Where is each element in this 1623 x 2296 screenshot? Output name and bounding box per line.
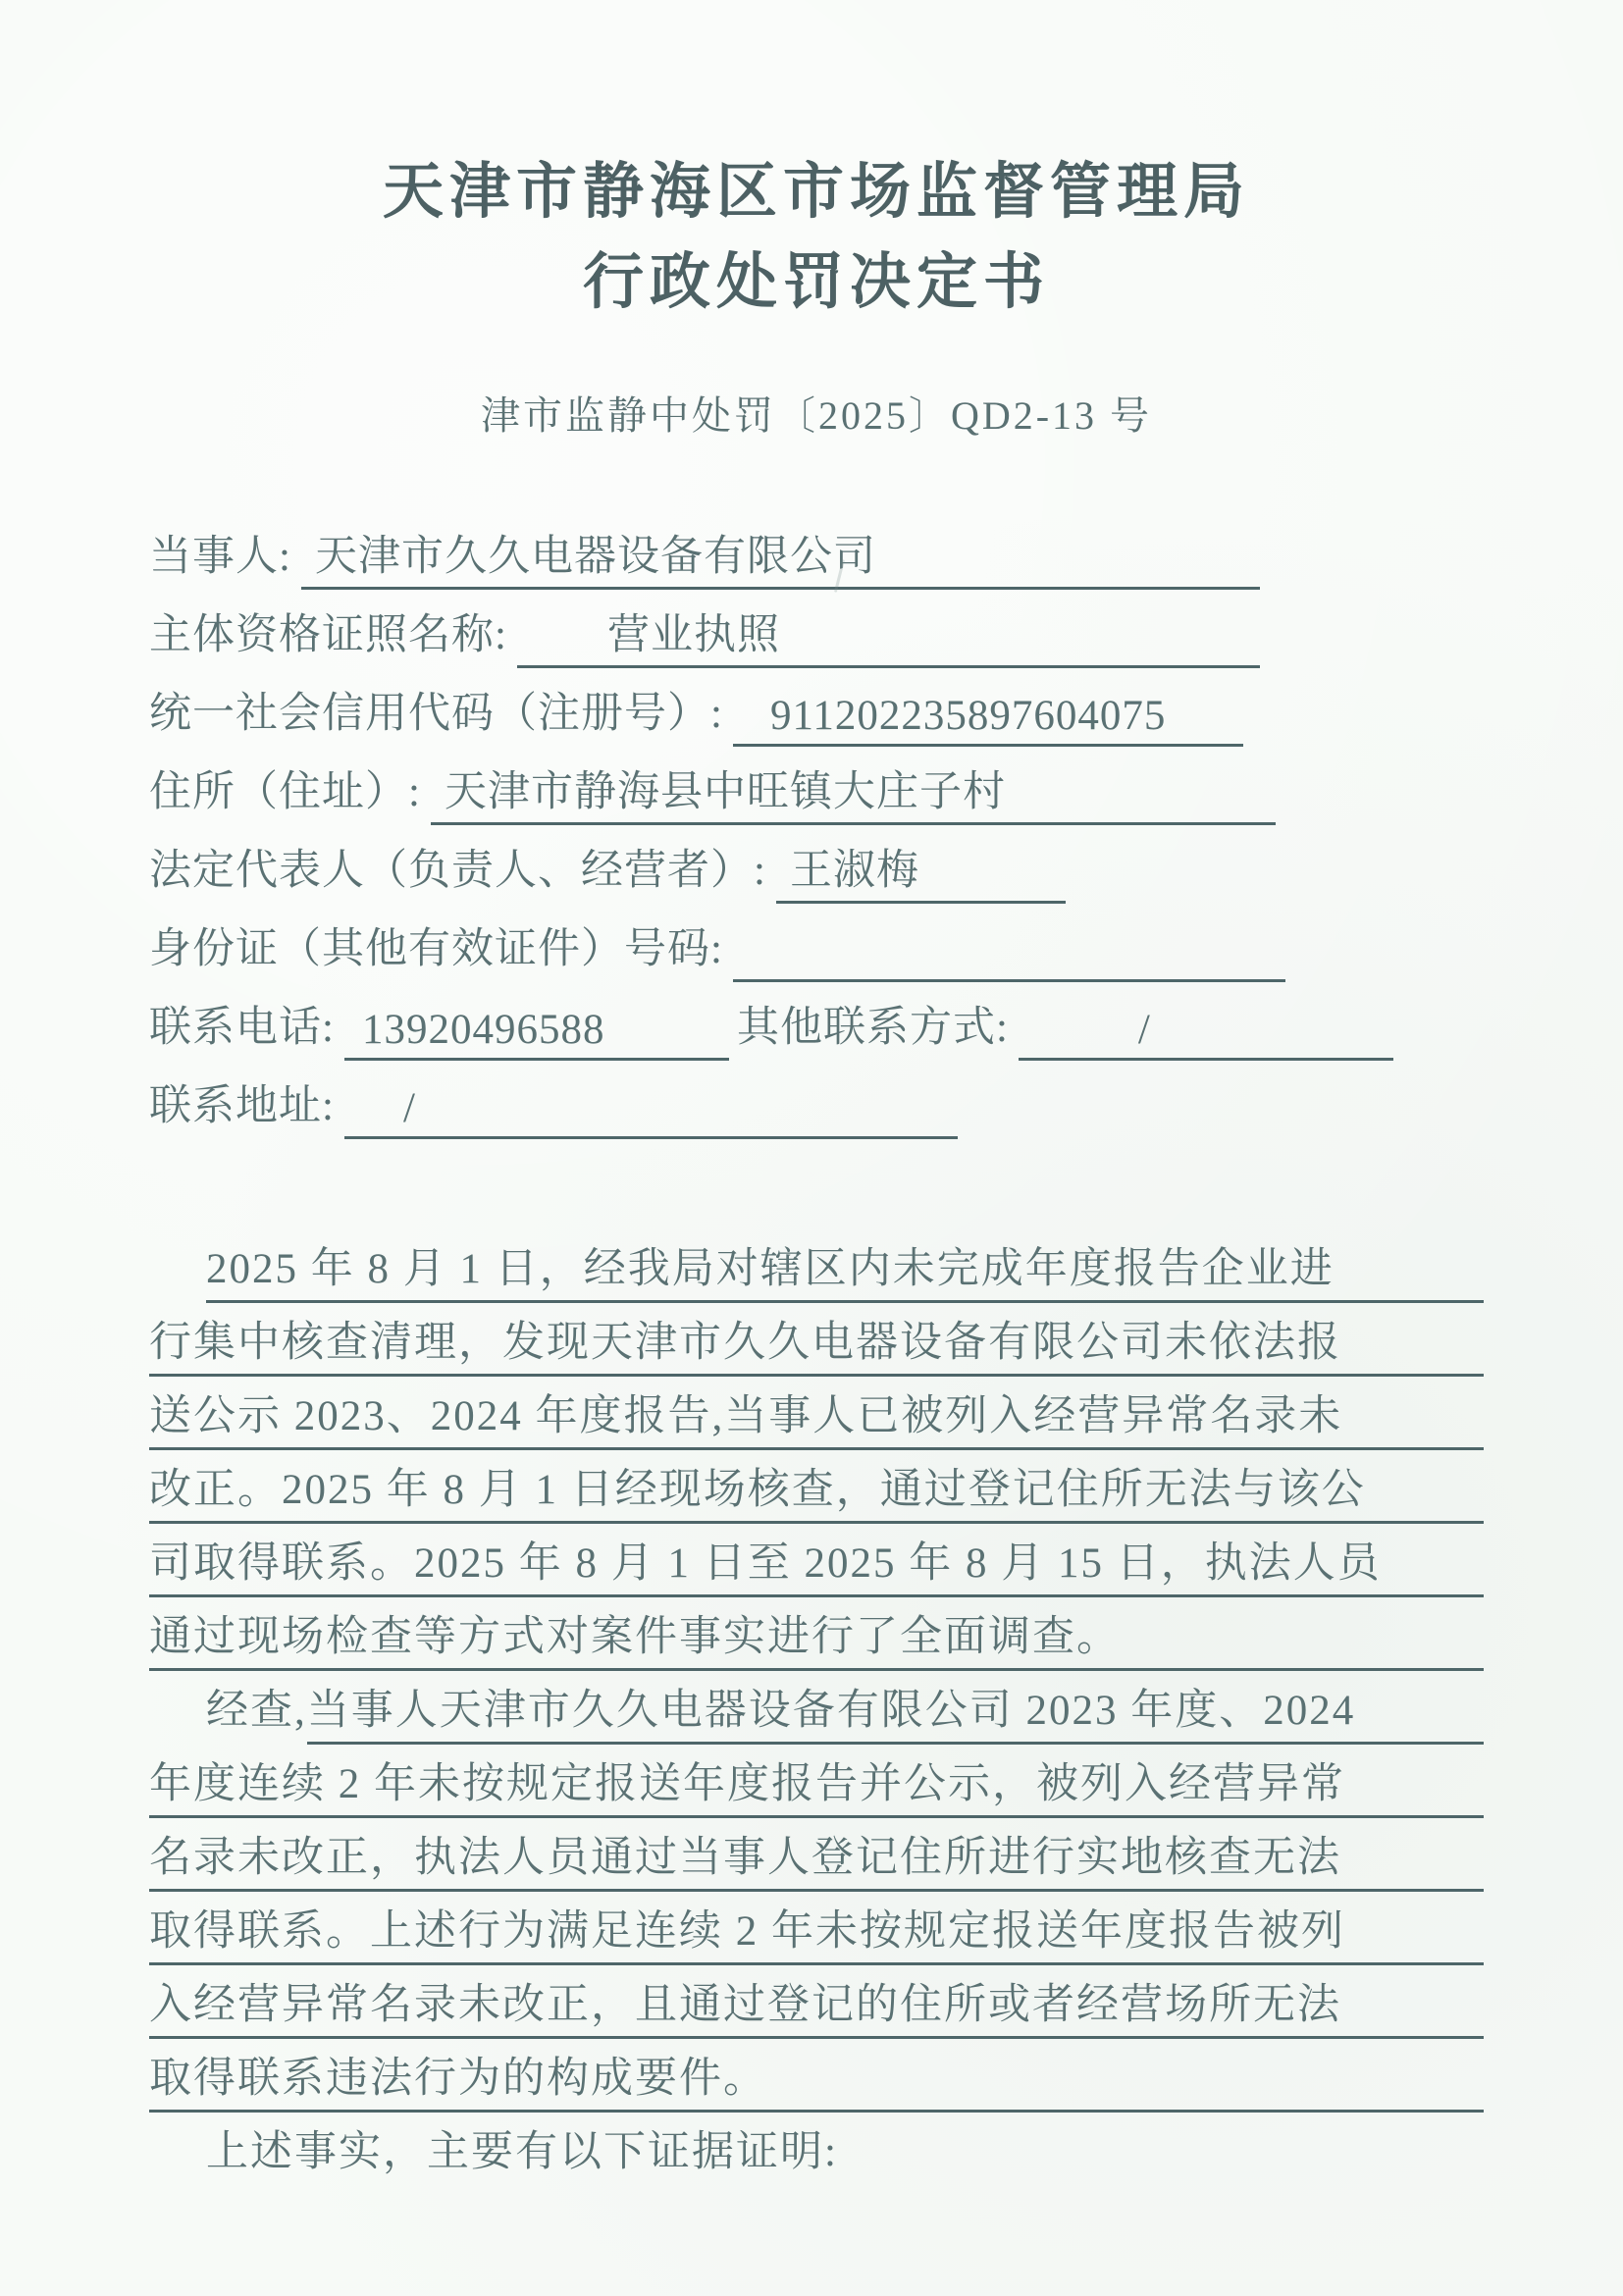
party-value: 天津市久久电器设备有限公司	[301, 523, 1260, 590]
other-contact-label: 其他联系方式:	[737, 994, 1009, 1061]
body-line: 年度连续 2 年未按规定报送年度报告并公示，被列入经营异常	[149, 1745, 1484, 1818]
body-line: 送公示 2023、2024 年度报告,当事人已被列入经营异常名录未	[149, 1377, 1484, 1450]
field-row-credit-code: 统一社会信用代码（注册号）: 911202235897604075	[149, 668, 1243, 747]
phone-value: 13920496588	[344, 1006, 729, 1061]
body-line: 改正。2025 年 8 月 1 日经现场核查，通过登记住所无法与该公	[149, 1450, 1484, 1524]
document-title-line2: 行政处罚决定书	[149, 237, 1484, 328]
body-line-underlined-text: 通过现场检查等方式对案件事实进行了全面调查。	[149, 1603, 1484, 1671]
other-contact-value: /	[1019, 1006, 1393, 1061]
body-line: 通过现场检查等方式对案件事实进行了全面调查。	[149, 1597, 1484, 1671]
phone-label: 联系电话:	[149, 994, 335, 1061]
field-row-contact-address: 联系地址: /	[149, 1061, 1484, 1139]
body-paragraph: 经查,当事人天津市久久电器设备有限公司 2023 年度、2024年度连续 2 年…	[149, 1671, 1484, 2113]
credit-code-value: 911202235897604075	[733, 692, 1243, 747]
id-number-label: 身份证（其他有效证件）号码:	[149, 915, 723, 982]
credit-code-label: 统一社会信用代码（注册号）:	[149, 680, 723, 747]
document-body: 2025 年 8 月 1 日，经我局对辖区内未完成年度报告企业进行集中核查清理，…	[149, 1229, 1484, 2186]
license-value: 营业执照	[517, 601, 1260, 668]
contact-address-label: 联系地址:	[149, 1072, 335, 1139]
body-paragraph: 上述事实，主要有以下证据证明:	[149, 2113, 1484, 2186]
body-line-underlined-text: 改正。2025 年 8 月 1 日经现场核查，通过登记住所无法与该公	[149, 1456, 1484, 1524]
address-value: 天津市静海县中旺镇大庄子村	[431, 758, 1276, 825]
body-line: 2025 年 8 月 1 日，经我局对辖区内未完成年度报告企业进	[149, 1229, 1484, 1303]
field-row-id-number: 身份证（其他有效证件）号码:	[149, 904, 1285, 982]
body-line: 行集中核查清理，发现天津市久久电器设备有限公司未依法报	[149, 1303, 1484, 1377]
legal-rep-value: 王淑梅	[776, 837, 1066, 904]
body-line-underlined-text: 2025 年 8 月 1 日，经我局对辖区内未完成年度报告企业进	[206, 1235, 1484, 1303]
body-line-plain-text: 经查,	[206, 1677, 307, 1745]
body-line: 司取得联系。2025 年 8 月 1 日至 2025 年 8 月 15 日，执法…	[149, 1524, 1484, 1597]
body-line-underlined-text: 年度连续 2 年未按规定报送年度报告并公示，被列入经营异常	[149, 1750, 1484, 1818]
field-row-phone: 联系电话: 13920496588 其他联系方式: /	[149, 982, 1484, 1061]
id-number-value	[733, 975, 1285, 982]
legal-rep-label: 法定代表人（负责人、经营者）:	[149, 837, 766, 904]
body-line-underlined-text: 送公示 2023、2024 年度报告,当事人已被列入经营异常名录未	[149, 1383, 1484, 1450]
document-title-line1: 天津市静海区市场监督管理局	[149, 147, 1484, 237]
body-line: 取得联系违法行为的构成要件。	[149, 2039, 1484, 2113]
body-line-plain-text: 上述事实，主要有以下证据证明:	[206, 2118, 838, 2186]
body-line: 取得联系。上述行为满足连续 2 年未按规定报送年度报告被列	[149, 1892, 1484, 1965]
contact-address-value: /	[344, 1084, 958, 1139]
body-line-underlined-text: 行集中核查清理，发现天津市久久电器设备有限公司未依法报	[149, 1309, 1484, 1377]
document-page: 天津市静海区市场监督管理局 行政处罚决定书 津市监静中处罚〔2025〕QD2-1…	[0, 0, 1623, 2296]
field-row-license: 主体资格证照名称: 营业执照	[149, 590, 1260, 668]
address-label: 住所（住址）:	[149, 758, 421, 825]
license-label: 主体资格证照名称:	[149, 601, 507, 668]
fields-section: 当事人: 天津市久久电器设备有限公司 主体资格证照名称: 营业执照 统一社会信用…	[149, 511, 1484, 1139]
party-label: 当事人:	[149, 523, 291, 590]
field-row-address: 住所（住址）: 天津市静海县中旺镇大庄子村	[149, 747, 1276, 825]
body-line: 入经营异常名录未改正，且通过登记的住所或者经营场所无法	[149, 1965, 1484, 2039]
field-row-legal-rep: 法定代表人（负责人、经营者）: 王淑梅	[149, 825, 1484, 904]
body-paragraph: 2025 年 8 月 1 日，经我局对辖区内未完成年度报告企业进行集中核查清理，…	[149, 1229, 1484, 1671]
body-line-underlined-text: 名录未改正，执法人员通过当事人登记住所进行实地核查无法	[149, 1824, 1484, 1892]
body-line-underlined-text: 司取得联系。2025 年 8 月 1 日至 2025 年 8 月 15 日，执法…	[149, 1530, 1484, 1597]
body-line: 名录未改正，执法人员通过当事人登记住所进行实地核查无法	[149, 1818, 1484, 1892]
body-line-underlined-text: 入经营异常名录未改正，且通过登记的住所或者经营场所无法	[149, 1971, 1484, 2039]
body-line-underlined-text: 当事人天津市久久电器设备有限公司 2023 年度、2024	[307, 1677, 1484, 1745]
body-line-underlined-text: 取得联系。上述行为满足连续 2 年未按规定报送年度报告被列	[149, 1898, 1484, 1965]
body-line: 经查,当事人天津市久久电器设备有限公司 2023 年度、2024	[149, 1671, 1484, 1745]
body-line: 上述事实，主要有以下证据证明:	[149, 2113, 1484, 2186]
document-number: 津市监静中处罚〔2025〕QD2-13 号	[149, 385, 1484, 441]
body-line-underlined-text: 取得联系违法行为的构成要件。	[149, 2045, 1484, 2113]
field-row-party: 当事人: 天津市久久电器设备有限公司	[149, 511, 1260, 590]
